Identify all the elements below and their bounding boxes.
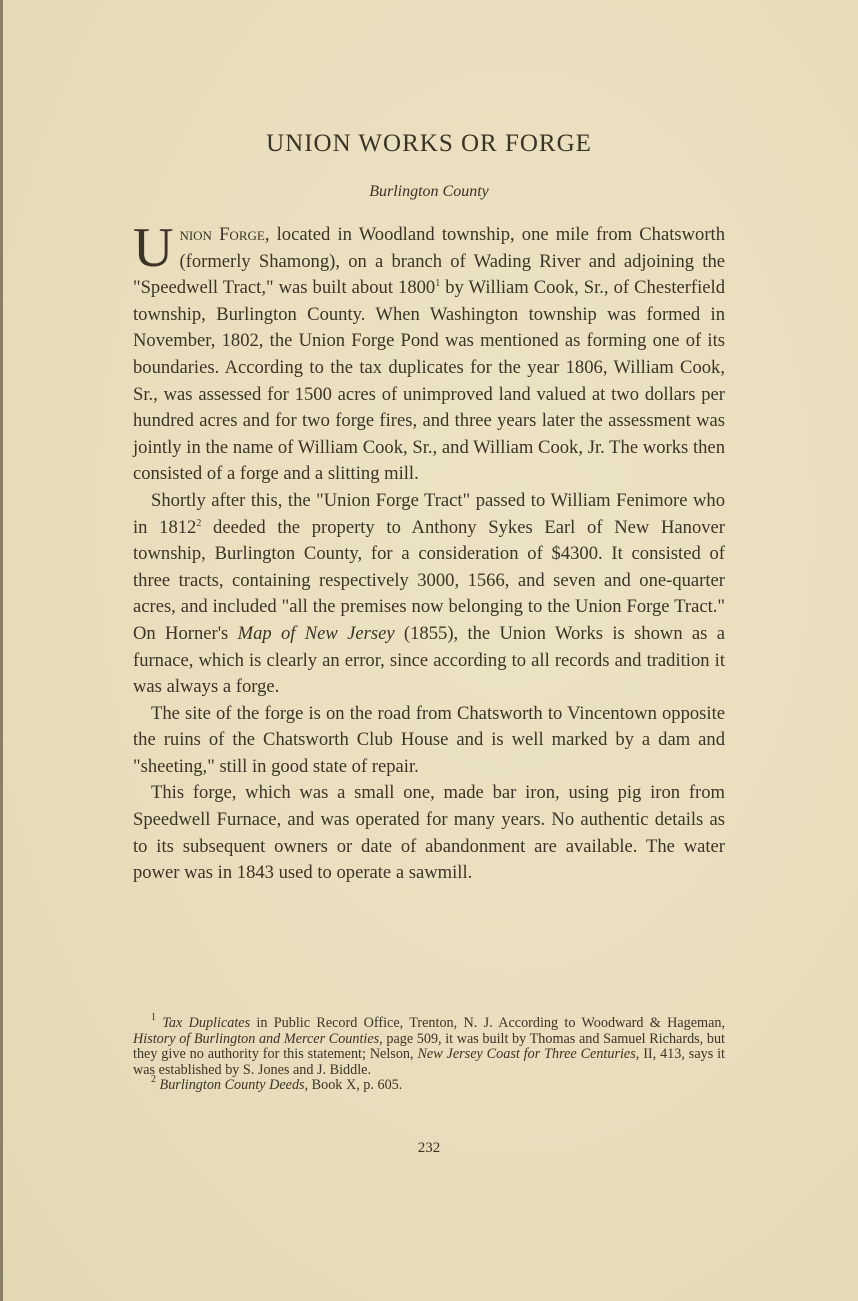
small-caps-lead: nion Forge xyxy=(179,224,264,245)
footnote-italic: Tax Duplicates xyxy=(162,1015,250,1031)
footnote-marker: 1 xyxy=(151,1012,156,1023)
drop-cap: U xyxy=(133,225,173,271)
footnote-text: , Book X, p. 605. xyxy=(305,1077,403,1093)
footnote-text: in Public Record Office, Trenton, N. J. … xyxy=(250,1015,725,1031)
map-title: Map of New Jersey xyxy=(238,623,395,644)
paragraph-1: Union Forge, located in Woodland townshi… xyxy=(133,222,725,488)
paragraph-3: The site of the forge is on the road fro… xyxy=(133,701,725,781)
footnote-marker: 2 xyxy=(151,1074,156,1085)
scan-edge xyxy=(0,0,3,1301)
footnote-1: 1 Tax Duplicates in Public Record Office… xyxy=(133,1016,725,1078)
page-subtitle: Burlington County xyxy=(133,183,725,201)
footnote-italic: History of Burlington and Mercer Countie… xyxy=(133,1031,379,1047)
footnote-2: 2 Burlington County Deeds, Book X, p. 60… xyxy=(133,1078,725,1094)
paragraph-2: Shortly after this, the "Union Forge Tra… xyxy=(133,488,725,701)
footnotes: 1 Tax Duplicates in Public Record Office… xyxy=(133,1016,725,1094)
footnote-italic: Burlington County Deeds xyxy=(160,1077,305,1093)
page-title: UNION WORKS OR FORGE xyxy=(133,130,725,158)
body-text: Union Forge, located in Woodland townshi… xyxy=(133,222,725,887)
page-number: 232 xyxy=(133,1140,725,1157)
paragraph-4: This forge, which was a small one, made … xyxy=(133,780,725,886)
footnote-italic: New Jersey Coast for Three Centuries xyxy=(417,1046,635,1062)
paragraph-text: by William Cook, Sr., of Chesterfield to… xyxy=(133,277,725,484)
